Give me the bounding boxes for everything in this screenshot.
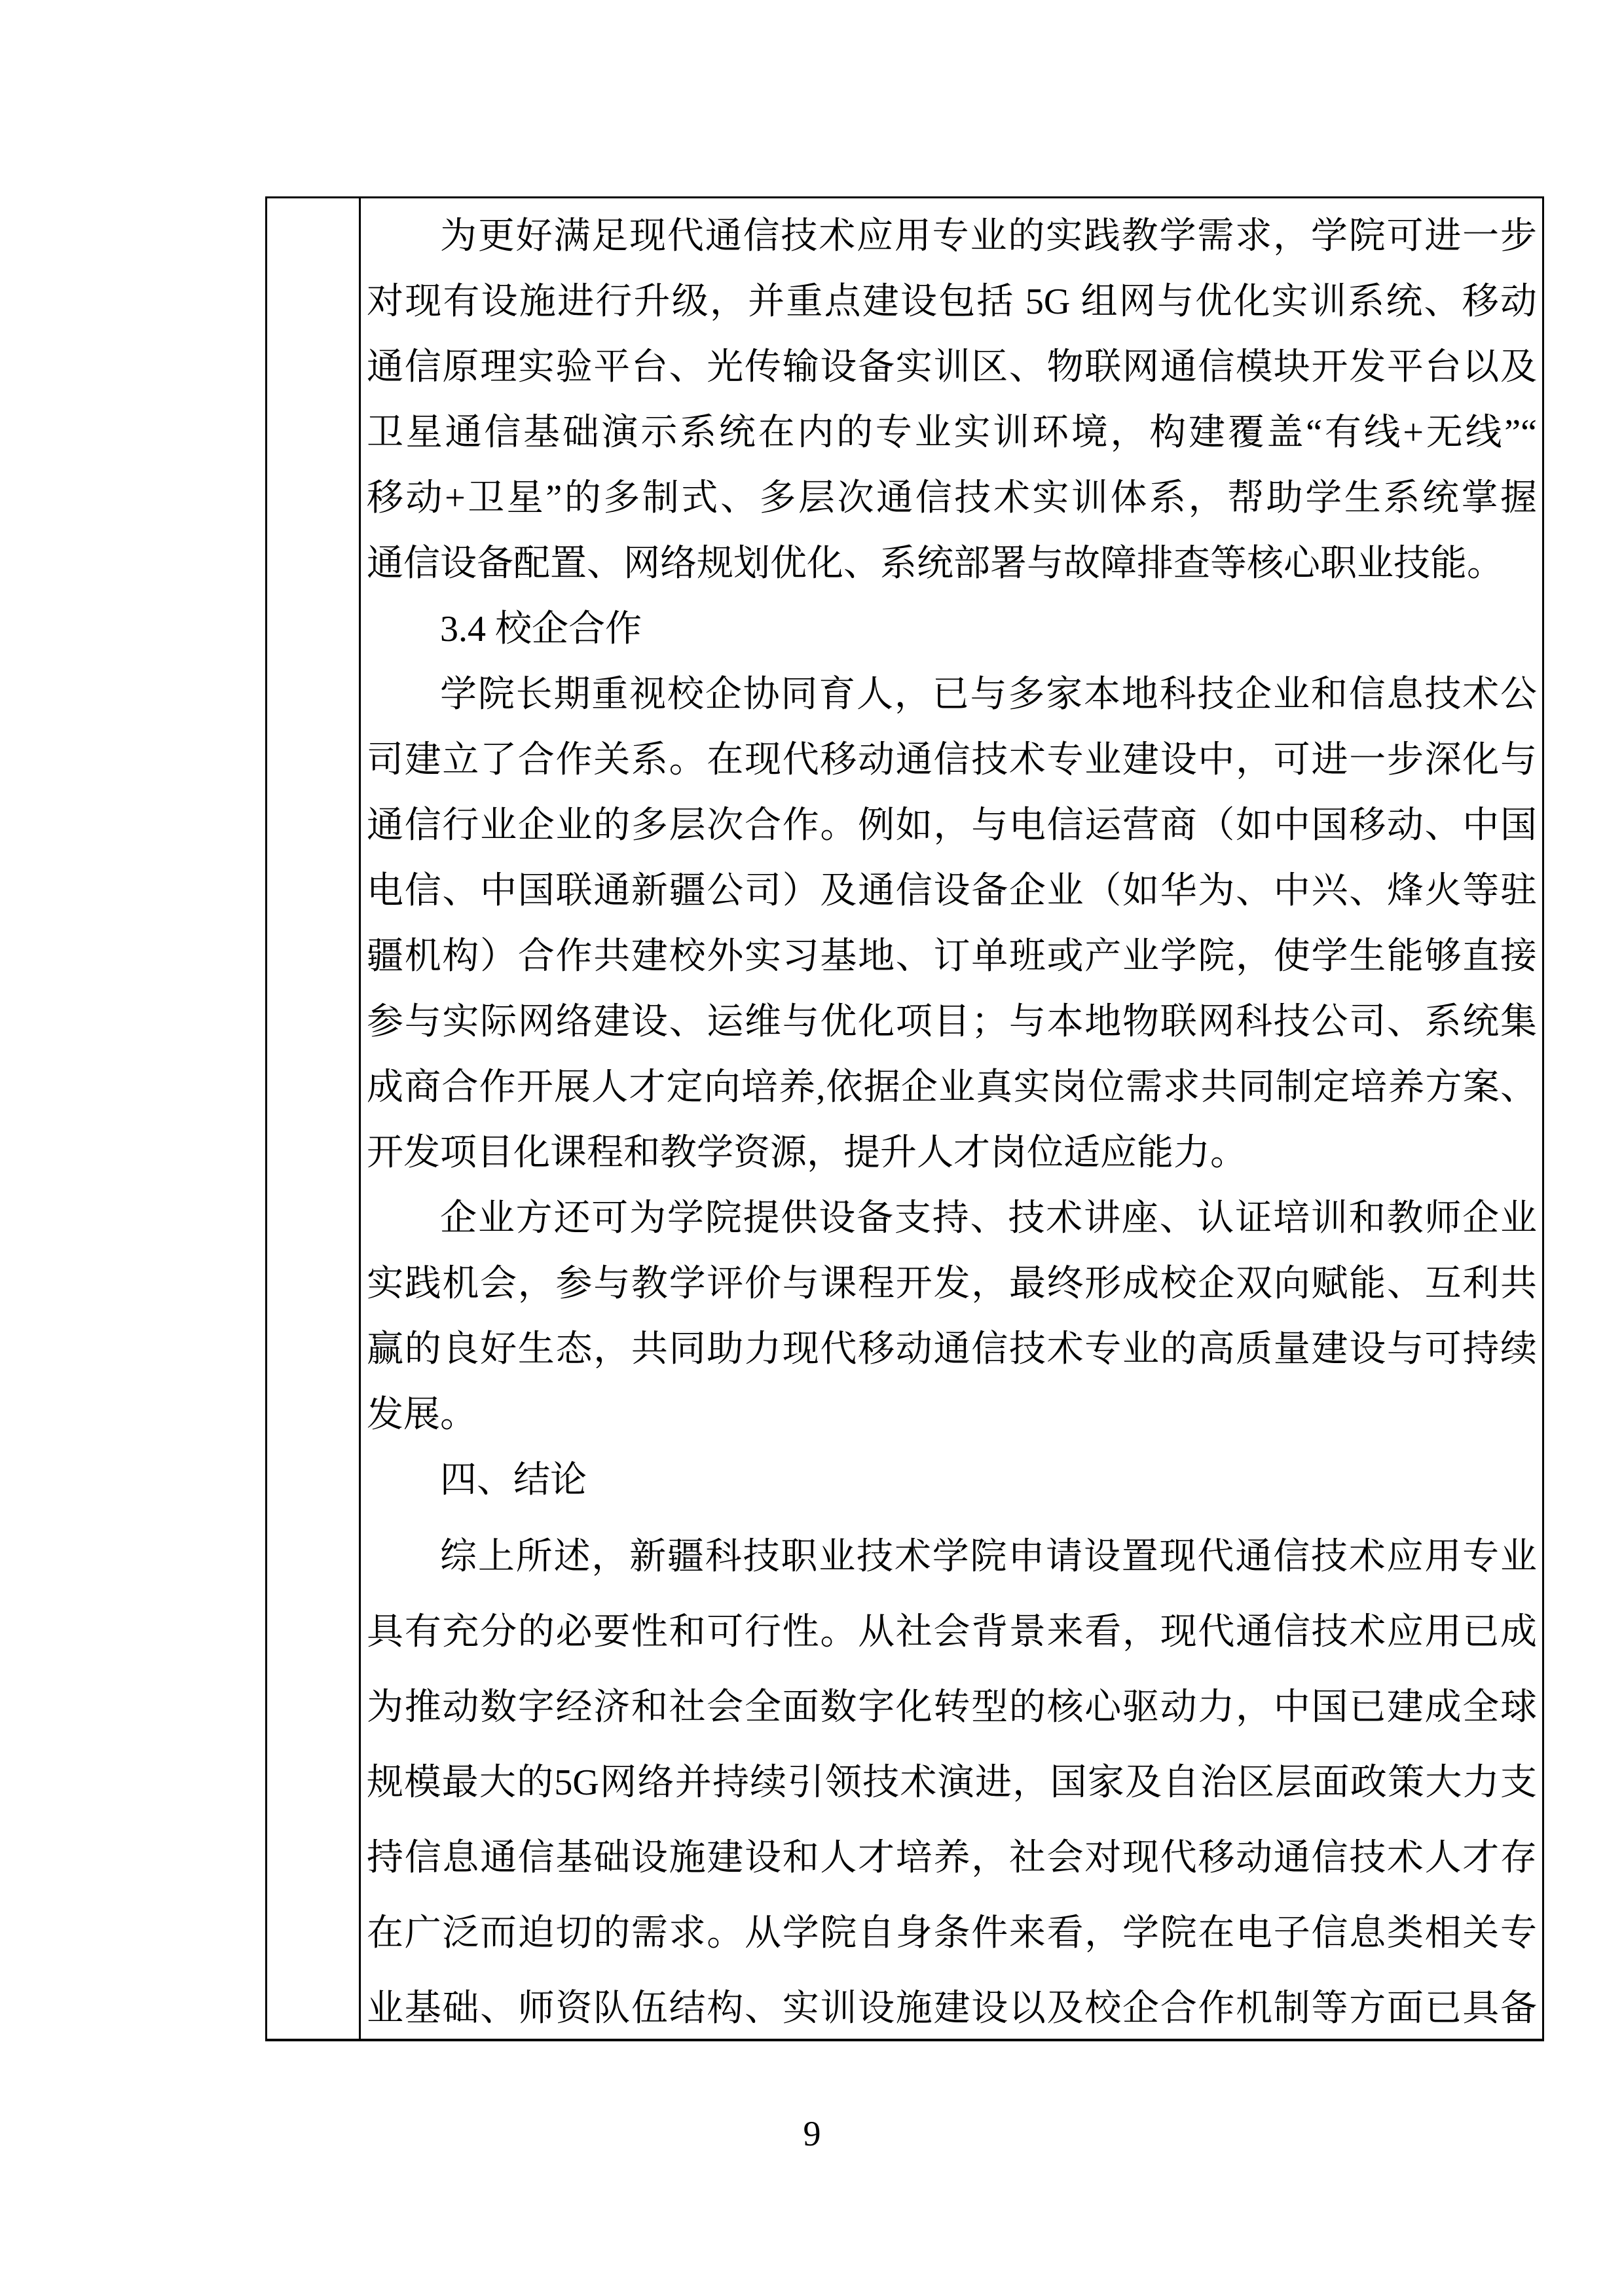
text-line: 通信原理实验平台、光传输设备实训区、物联网通信模块开发平台以及 xyxy=(367,335,1537,400)
text-line: 开发项目化课程和教学资源，提升人才岗位适应能力。 xyxy=(367,1120,1537,1186)
text-line: 具有充分的必要性和可行性。从社会背景来看，现代通信技术应用已成 xyxy=(367,1595,1537,1670)
text-line: 参与实际网络建设、运维与优化项目；与本地物联网科技公司、系统集 xyxy=(367,989,1537,1055)
text-line: 四、结论 xyxy=(367,1448,1537,1513)
text-line: 规模最大的5G网络并持续引领技术演进，国家及自治区层面政策大力支 xyxy=(367,1745,1537,1821)
text-line: 疆机构）合作共建校外实习基地、订单班或产业学院，使学生能够直接 xyxy=(367,924,1537,989)
text-line: 移动+卫星”的多制式、多层次通信技术实训体系，帮助学生系统掌握 xyxy=(367,465,1537,531)
text-line: 电信、中国联通新疆公司）及通信设备企业（如华为、中兴、烽火等驻 xyxy=(367,858,1537,924)
text-line: 在广泛而迫切的需求。从学院自身条件来看，学院在电子信息类相关专 xyxy=(367,1896,1537,1971)
text-line: 司建立了合作关系。在现代移动通信技术专业建设中，可进一步深化与 xyxy=(367,727,1537,793)
text-line: 3.4 校企合作 xyxy=(367,596,1537,662)
text-line: 学院长期重视校企协同育人，已与多家本地科技企业和信息技术公 xyxy=(367,662,1537,727)
text-line: 通信设备配置、网络规划优化、系统部署与故障排查等核心职业技能。 xyxy=(367,531,1537,596)
text-line: 通信行业企业的多层次合作。例如，与电信运营商（如中国移动、中国 xyxy=(367,793,1537,858)
table-left-cell xyxy=(267,198,359,2039)
document-page: 为更好满足现代通信技术应用专业的实践教学需求，学院可进一步对现有设施进行升级，并… xyxy=(0,0,1624,2296)
text-line: 对现有设施进行升级，并重点建设包括 5G 组网与优化实训系统、移动 xyxy=(367,269,1537,335)
text-line: 为更好满足现代通信技术应用专业的实践教学需求，学院可进一步 xyxy=(367,204,1537,269)
table-content-cell: 为更好满足现代通信技术应用专业的实践教学需求，学院可进一步对现有设施进行升级，并… xyxy=(361,198,1542,2039)
text-line: 发展。 xyxy=(367,1382,1537,1448)
text-line: 持信息通信基础设施建设和人才培养，社会对现代移动通信技术人才存 xyxy=(367,1821,1537,1896)
text-line: 综上所述，新疆科技职业技术学院申请设置现代通信技术应用专业 xyxy=(367,1520,1537,1595)
content-table: 为更好满足现代通信技术应用专业的实践教学需求，学院可进一步对现有设施进行升级，并… xyxy=(265,196,1544,2041)
text-line: 为推动数字经济和社会全面数字化转型的核心驱动力，中国已建成全球 xyxy=(367,1670,1537,1745)
text-line: 业基础、师资队伍结构、实训设施建设以及校企合作机制等方面已具备 xyxy=(367,1971,1537,2039)
text-line: 实践机会，参与教学评价与课程开发，最终形成校企双向赋能、互利共 xyxy=(367,1251,1537,1317)
text-line: 企业方还可为学院提供设备支持、技术讲座、认证培训和教师企业 xyxy=(367,1186,1537,1251)
text-line: 卫星通信基础演示系统在内的专业实训环境，构建覆盖“有线+无线”“ xyxy=(367,400,1537,465)
page-number: 9 xyxy=(0,2113,1624,2154)
text-line: 赢的良好生态，共同助力现代移动通信技术专业的高质量建设与可持续 xyxy=(367,1317,1537,1382)
text-line: 成商合作开展人才定向培养,依据企业真实岗位需求共同制定培养方案、 xyxy=(367,1055,1537,1120)
